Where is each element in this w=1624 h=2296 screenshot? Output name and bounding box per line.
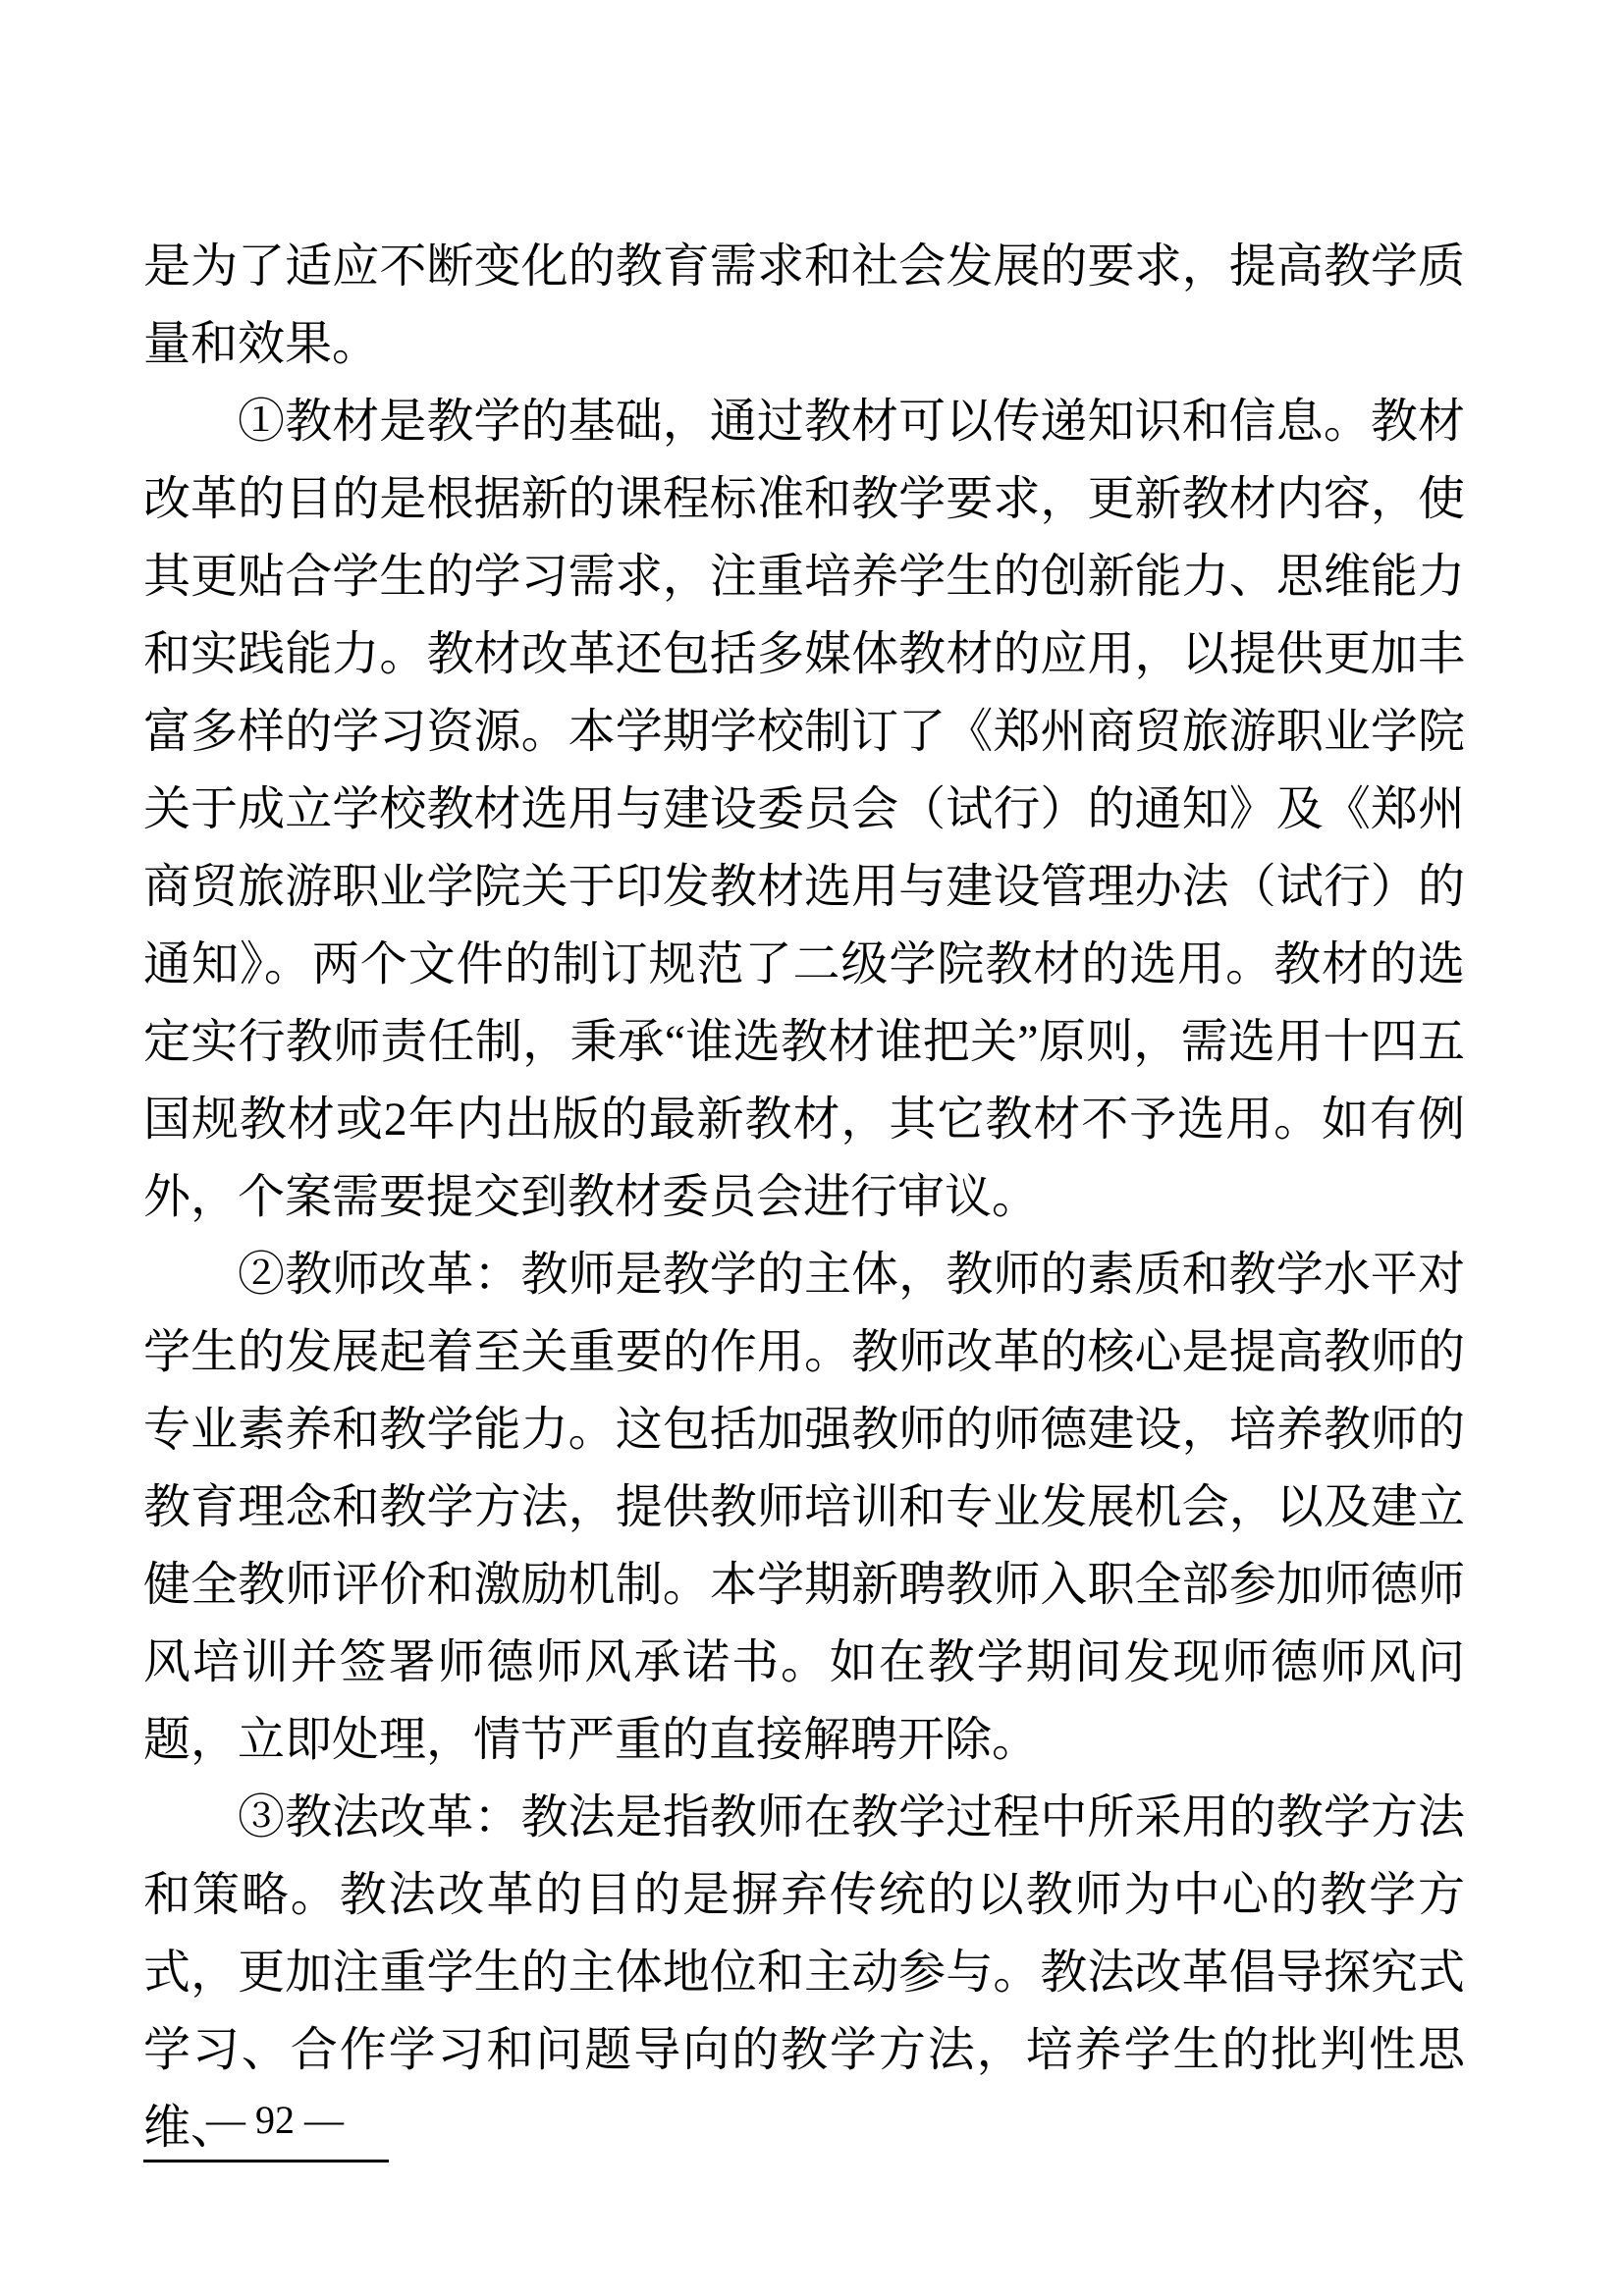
footer-page-number: — 92 —	[206, 2097, 344, 2144]
body-text-block: 是为了适应不断变化的教育需求和社会发展的要求，提高教学质量和效果。 ①教材是教学…	[143, 228, 1465, 2166]
footer-rule	[143, 2160, 389, 2163]
paragraph-teacher-reform: ②教师改革：教师是教学的主体，教师的素质和教学水平对学生的发展起着至关重要的作用…	[143, 1236, 1465, 1779]
document-page: 是为了适应不断变化的教育需求和社会发展的要求，提高教学质量和效果。 ①教材是教学…	[0, 0, 1624, 2296]
paragraph-textbook-reform: ①教材是教学的基础，通过教材可以传递知识和信息。教材改革的目的是根据新的课程标准…	[143, 383, 1465, 1236]
paragraph-continuation: 是为了适应不断变化的教育需求和社会发展的要求，提高教学质量和效果。	[143, 228, 1465, 383]
